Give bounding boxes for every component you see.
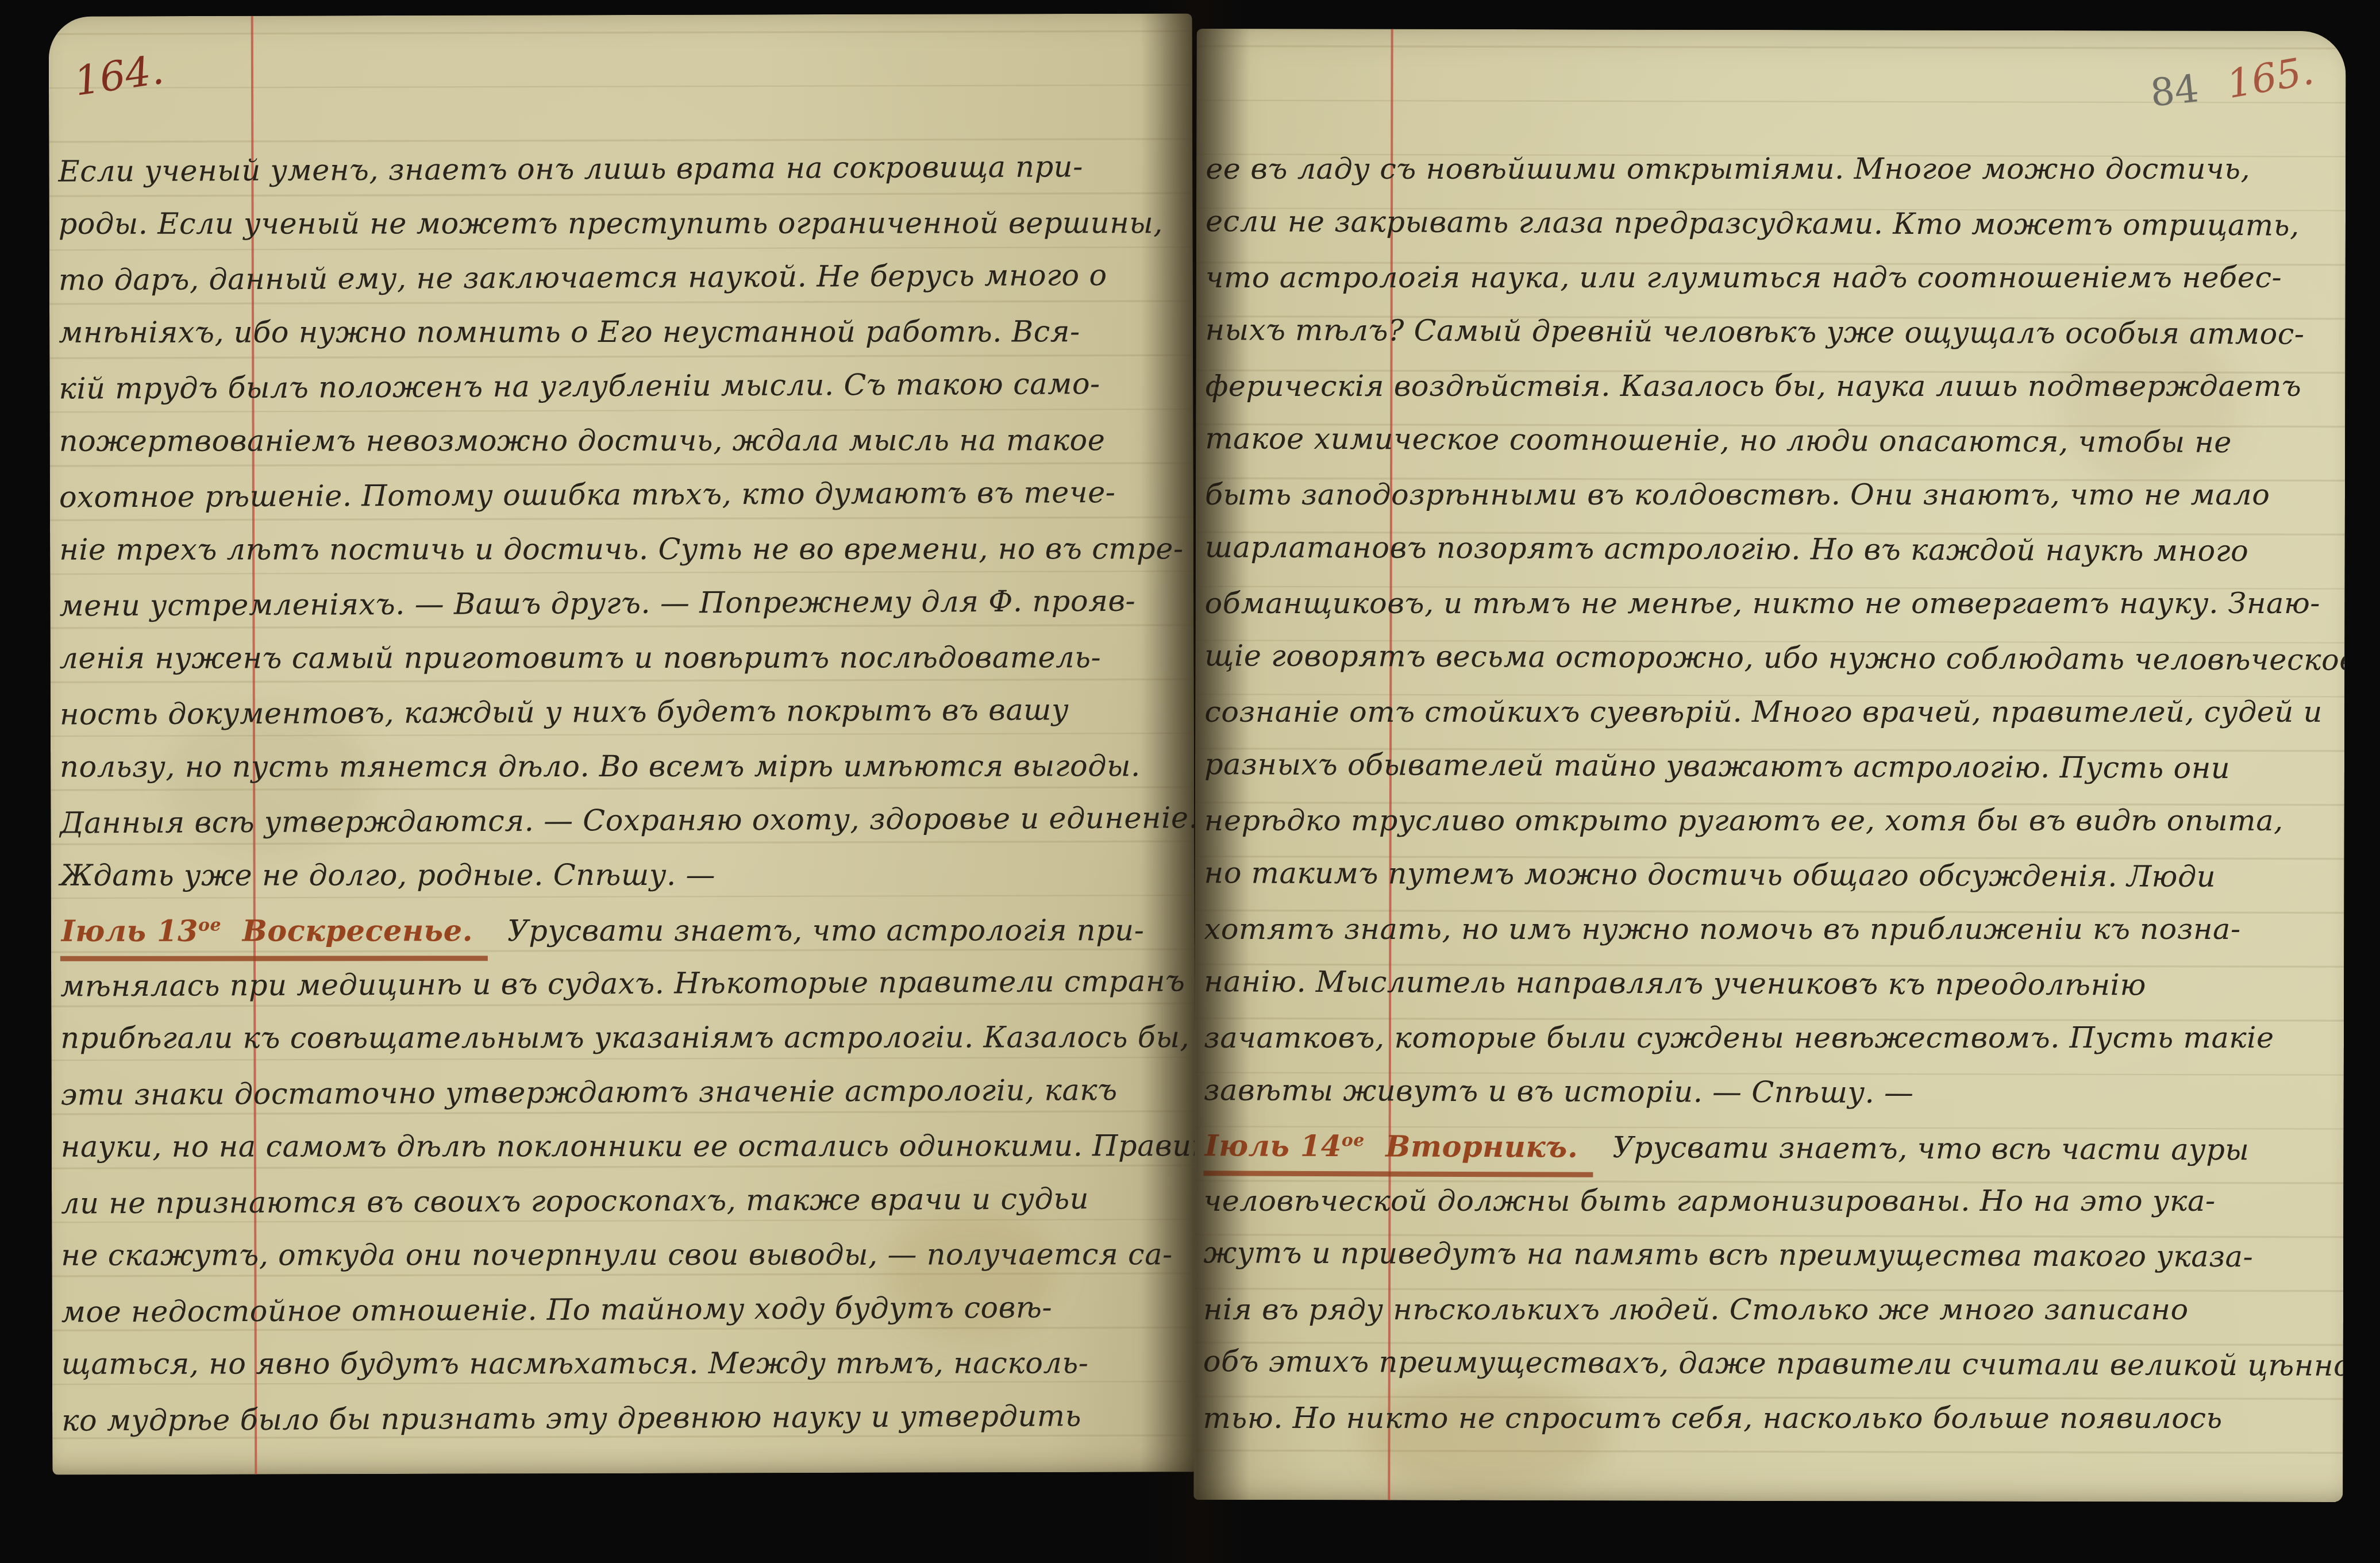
right-text-before-heading: ее въ ладу съ новѣйшими открытіями. Мног…	[1204, 141, 2342, 1121]
manuscript-line: ленія нуженъ самый приготовитъ и повѣрит…	[60, 631, 1189, 686]
right-text-after-heading: человѣческой должны быть гармонизированы…	[1203, 1173, 2339, 1447]
manuscript-line: разныхъ обывателей тайно уважаютъ астрол…	[1204, 738, 2340, 796]
manuscript-line: но такимъ путемъ можно достичь общаго об…	[1204, 846, 2339, 905]
manuscript-line: мени устремленіяхъ. — Вашъ другъ. — Попр…	[59, 574, 1189, 634]
manuscript-line: не скажутъ, откуда они почерпнули свои в…	[61, 1228, 1191, 1283]
entry-heading-july-13: Іюль 13ое Воскресенье.Урусвати знаетъ, ч…	[60, 902, 1190, 957]
right-page-text: ее въ ладу съ новѣйшими открытіями. Мног…	[1203, 141, 2342, 1447]
manuscript-line: роды. Если ученый не можетъ преступить о…	[59, 197, 1188, 252]
manuscript-line: ныхъ тѣлъ? Самый древній человѣкъ уже ощ…	[1205, 303, 2340, 362]
manuscript-line: кій трудъ былъ положенъ на углубленіи мы…	[59, 357, 1188, 417]
manuscript-line: ко мудрѣе было бы признать эту древнюю н…	[61, 1389, 1191, 1449]
manuscript-line: зачатковъ, которые были суждены невѣжест…	[1204, 1011, 2339, 1066]
manuscript-line: то даръ, данный ему, не заключается наук…	[59, 248, 1188, 308]
left-text-after-heading: мѣнялась при медицинѣ и въ судахъ. Нѣкот…	[60, 956, 1191, 1447]
manuscript-line: науки, но на самомъ дѣлѣ поклонники ее о…	[61, 1119, 1191, 1175]
manuscript-line: нерѣдко трусливо открыто ругаютъ ее, хот…	[1204, 794, 2340, 849]
manuscript-line: такое химическое соотношеніе, но люди оп…	[1205, 412, 2340, 471]
entry-date-label: Іюль 13ое Воскресенье.	[60, 903, 488, 961]
manuscript-line: мое недостойное отношеніе. По тайному хо…	[61, 1280, 1191, 1340]
left-page-text: Если ученый уменъ, знаетъ онъ лишь врата…	[58, 141, 1191, 1447]
manuscript-line: ферическія воздѣйствія. Казалось бы, нау…	[1205, 360, 2340, 414]
manuscript-line: объ этихъ преимуществахъ, даже правители…	[1203, 1335, 2339, 1393]
manuscript-line: что астрологія наука, или глумиться надъ…	[1206, 251, 2341, 306]
manuscript-line: хотятъ знать, но имъ нужно помочь въ при…	[1204, 903, 2339, 957]
right-page: 165. 84 ее въ ладу съ новѣйшими открытія…	[1193, 29, 2346, 1502]
page-number-right: 165.	[2223, 48, 2317, 107]
entry-first-words: Урусвати знаетъ, что астрологія при-	[507, 914, 1144, 948]
manuscript-line: Если ученый уменъ, знаетъ онъ лишь врата…	[58, 140, 1188, 199]
manuscript-line: нія въ ряду нѣсколькихъ людей. Столько ж…	[1203, 1283, 2339, 1338]
manuscript-line: Данныя всѣ утверждаются. — Сохраняю охот…	[60, 791, 1189, 851]
manuscript-line: Ждать уже не долго, родные. Спѣшу. —	[60, 848, 1190, 903]
manuscript-line: обманщиковъ, и тѣмъ не менѣе, никто не о…	[1205, 577, 2340, 632]
manuscript-line: ее въ ладу съ новѣйшими открытіями. Мног…	[1206, 143, 2341, 197]
manuscript-line: жутъ и приведутъ на память всѣ преимущес…	[1203, 1226, 2339, 1285]
entry-date-label: Іюль 14ое Вторникъ.	[1203, 1118, 1593, 1177]
manuscript-line: если не закрывать глаза предразсудками. …	[1206, 195, 2341, 253]
manuscript-line: пользу, но пусть тянется дѣло. Во всемъ …	[60, 740, 1189, 795]
manuscript-line: щаться, но явно будутъ насмѣхаться. Межд…	[61, 1337, 1191, 1392]
manuscript-line: сознаніе отъ стойкихъ суевѣрій. Много вр…	[1204, 686, 2340, 740]
manuscript-line: мѣнялась при медицинѣ и въ судахъ. Нѣкот…	[60, 954, 1190, 1014]
manuscript-scan: { "document": { "type": "handwritten-dia…	[0, 0, 2380, 1563]
manuscript-line: ли не признаются въ своихъ гороскопахъ, …	[61, 1172, 1191, 1231]
left-text-before-heading: Если ученый уменъ, знаетъ онъ лишь врата…	[58, 141, 1189, 904]
manuscript-line: быть заподозрѣнными въ колдовствѣ. Они з…	[1205, 468, 2340, 523]
left-page: 164. Если ученый уменъ, знаетъ онъ лишь …	[49, 13, 1196, 1475]
manuscript-line: прибѣгали къ совѣщательнымъ указаніямъ а…	[60, 1011, 1190, 1066]
manuscript-line: эти знаки достаточно утверждаютъ значені…	[60, 1063, 1190, 1123]
pencil-folio-number: 84	[2148, 66, 2201, 115]
manuscript-line: ность документовъ, каждый у нихъ будетъ …	[60, 683, 1189, 742]
entry-first-words: Урусвати знаетъ, что всѣ части ауры	[1612, 1131, 2249, 1167]
manuscript-line: шарлатановъ позорятъ астрологію. Но въ к…	[1205, 521, 2340, 579]
manuscript-line: человѣческой должны быть гармонизированы…	[1203, 1175, 2339, 1229]
manuscript-line: ніе трехъ лѣтъ постичь и достичь. Суть н…	[59, 522, 1189, 578]
manuscript-line: нанію. Мыслитель направлялъ учениковъ къ…	[1204, 955, 2339, 1014]
manuscript-line: завѣты живутъ и въ исторіи. — Спѣшу. —	[1204, 1064, 2339, 1122]
manuscript-line: тью. Но никто не спроситъ себя, наскольк…	[1203, 1392, 2339, 1446]
entry-heading-july-14: Іюль 14ое Вторникъ.Урусвати знаетъ, что …	[1203, 1118, 2339, 1176]
manuscript-line: охотное рѣшеніе. Потому ошибка тѣхъ, кто…	[59, 465, 1189, 525]
manuscript-line: мнѣніяхъ, ибо нужно помнить о Его неуста…	[59, 305, 1188, 360]
page-number-left: 164.	[71, 46, 167, 105]
manuscript-line: пожертвованіемъ невозможно достичь, ждал…	[59, 414, 1189, 469]
manuscript-line: щіе говорятъ весьма осторожно, ибо нужно…	[1204, 629, 2340, 688]
